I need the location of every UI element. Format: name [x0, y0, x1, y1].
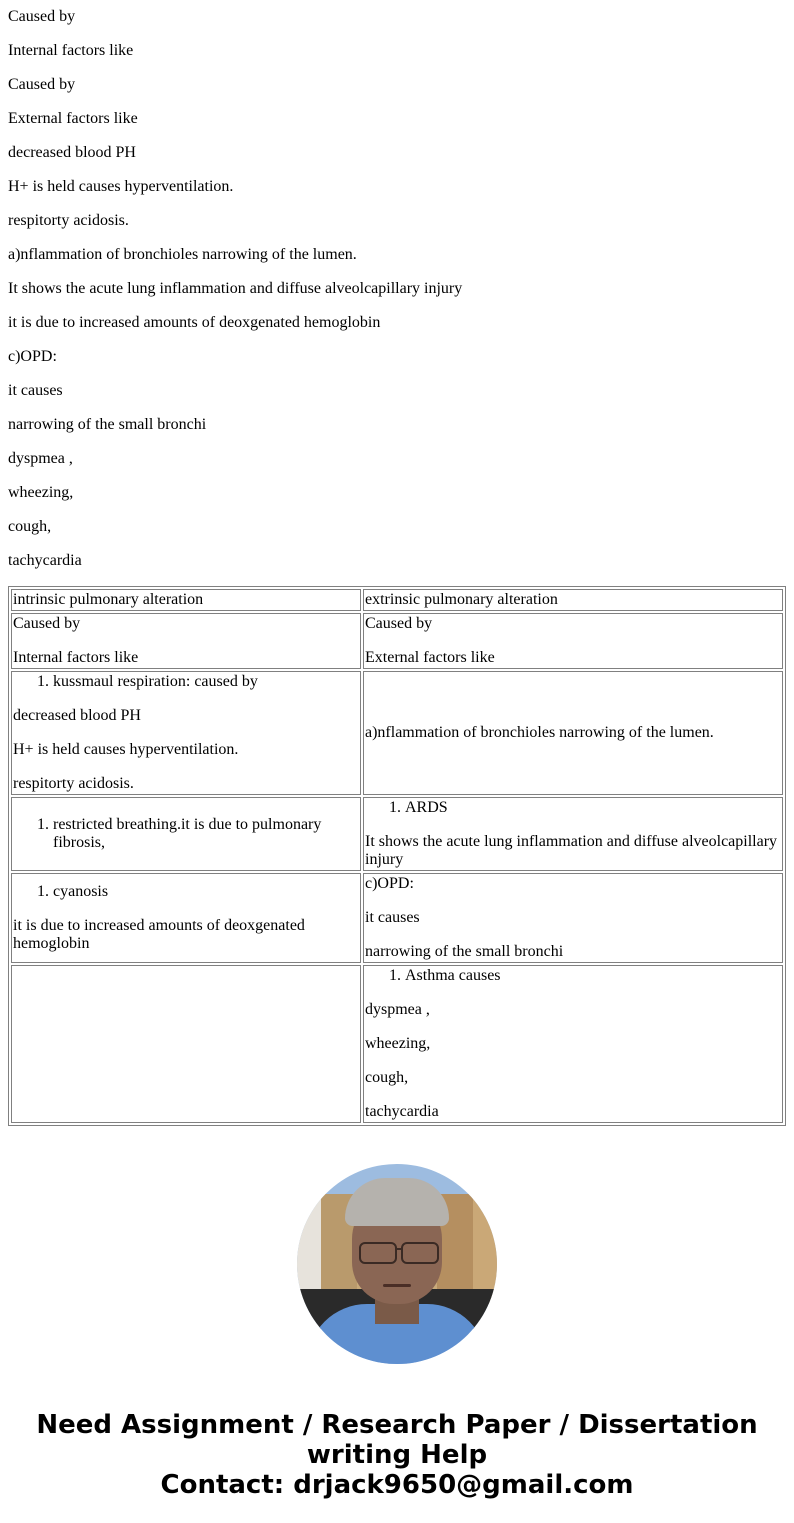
table-row: restricted breathing.it is due to pulmon…: [11, 797, 783, 871]
cell-text: External factors like: [365, 649, 781, 667]
paragraph: it is due to increased amounts of deoxge…: [8, 314, 786, 332]
table-row: cyanosis it is due to increased amounts …: [11, 873, 783, 963]
numbered-list: ARDS: [365, 799, 781, 817]
cell-inflammation: a)nflammation of bronchioles narrowing o…: [363, 671, 783, 795]
promo-contact: Contact: drjack9650@gmail.com: [20, 1470, 774, 1500]
cell-text: decreased blood PH: [13, 707, 359, 725]
numbered-list: cyanosis: [13, 883, 359, 901]
cell-text: it is due to increased amounts of deoxge…: [13, 917, 359, 953]
paragraph: c)OPD:: [8, 348, 786, 366]
comparison-table: intrinsic pulmonary alteration extrinsic…: [8, 586, 786, 1126]
list-item: kussmaul respiration: caused by: [53, 673, 359, 691]
cell-extrinsic-cause: Caused by External factors like: [363, 613, 783, 669]
promo-headline: Need Assignment / Research Paper / Disse…: [20, 1410, 774, 1470]
paragraph: narrowing of the small bronchi: [8, 416, 786, 434]
promo-banner: Need Assignment / Research Paper / Disse…: [0, 1410, 794, 1500]
paragraph: Caused by: [8, 0, 786, 26]
paragraph: Internal factors like: [8, 42, 786, 60]
header-extrinsic: extrinsic pulmonary alteration: [363, 589, 783, 611]
numbered-list: restricted breathing.it is due to pulmon…: [13, 816, 359, 852]
document-body: Caused by Internal factors like Caused b…: [0, 0, 794, 1126]
list-item: Asthma causes: [405, 967, 781, 985]
cell-cyanosis: cyanosis it is due to increased amounts …: [11, 873, 361, 963]
paragraph: tachycardia: [8, 552, 786, 570]
list-item: ARDS: [405, 799, 781, 817]
cell-text: Caused by: [13, 615, 359, 633]
cell-text: It shows the acute lung inflammation and…: [365, 833, 781, 869]
paragraph: decreased blood PH: [8, 144, 786, 162]
cell-text: wheezing,: [365, 1035, 781, 1053]
paragraph: dyspmea ,: [8, 450, 786, 468]
numbered-list: kussmaul respiration: caused by: [13, 673, 359, 691]
cell-ards: ARDS It shows the acute lung inflammatio…: [363, 797, 783, 871]
cell-text: cough,: [365, 1069, 781, 1087]
cell-restricted-breathing: restricted breathing.it is due to pulmon…: [11, 797, 361, 871]
paragraph: a)nflammation of bronchioles narrowing o…: [8, 246, 786, 264]
list-item: cyanosis: [53, 883, 359, 901]
cell-text: it causes: [365, 909, 781, 927]
paragraph: It shows the acute lung inflammation and…: [8, 280, 786, 298]
cell-text: dyspmea ,: [365, 1001, 781, 1019]
paragraph: respitorty acidosis.: [8, 212, 786, 230]
paragraph: wheezing,: [8, 484, 786, 502]
paragraph: cough,: [8, 518, 786, 536]
cell-text: tachycardia: [365, 1103, 781, 1121]
paragraph: H+ is held causes hyperventilation.: [8, 178, 786, 196]
table-row: Asthma causes dyspmea , wheezing, cough,…: [11, 965, 783, 1123]
cell-text: a)nflammation of bronchioles narrowing o…: [365, 724, 781, 742]
cell-intrinsic-cause: Caused by Internal factors like: [11, 613, 361, 669]
cell-text: narrowing of the small bronchi: [365, 943, 781, 961]
header-intrinsic: intrinsic pulmonary alteration: [11, 589, 361, 611]
cell-text: Caused by: [365, 615, 781, 633]
cell-text: H+ is held causes hyperventilation.: [13, 741, 359, 759]
paragraph: External factors like: [8, 110, 786, 128]
cell-kussmaul: kussmaul respiration: caused by decrease…: [11, 671, 361, 795]
cell-text: respitorty acidosis.: [13, 775, 359, 793]
numbered-list: Asthma causes: [365, 967, 781, 985]
cell-text: c)OPD:: [365, 875, 781, 893]
cell-asthma: Asthma causes dyspmea , wheezing, cough,…: [363, 965, 783, 1123]
cell-text: Internal factors like: [13, 649, 359, 667]
table-header-row: intrinsic pulmonary alteration extrinsic…: [11, 589, 783, 611]
list-item: restricted breathing.it is due to pulmon…: [53, 816, 359, 852]
author-avatar-icon: [297, 1164, 497, 1364]
table-row: Caused by Internal factors like Caused b…: [11, 613, 783, 669]
table-row: kussmaul respiration: caused by decrease…: [11, 671, 783, 795]
cell-opd: c)OPD: it causes narrowing of the small …: [363, 873, 783, 963]
author-photo-container: [0, 1164, 794, 1364]
cell-empty: [11, 965, 361, 1123]
paragraph: it causes: [8, 382, 786, 400]
paragraph: Caused by: [8, 76, 786, 94]
